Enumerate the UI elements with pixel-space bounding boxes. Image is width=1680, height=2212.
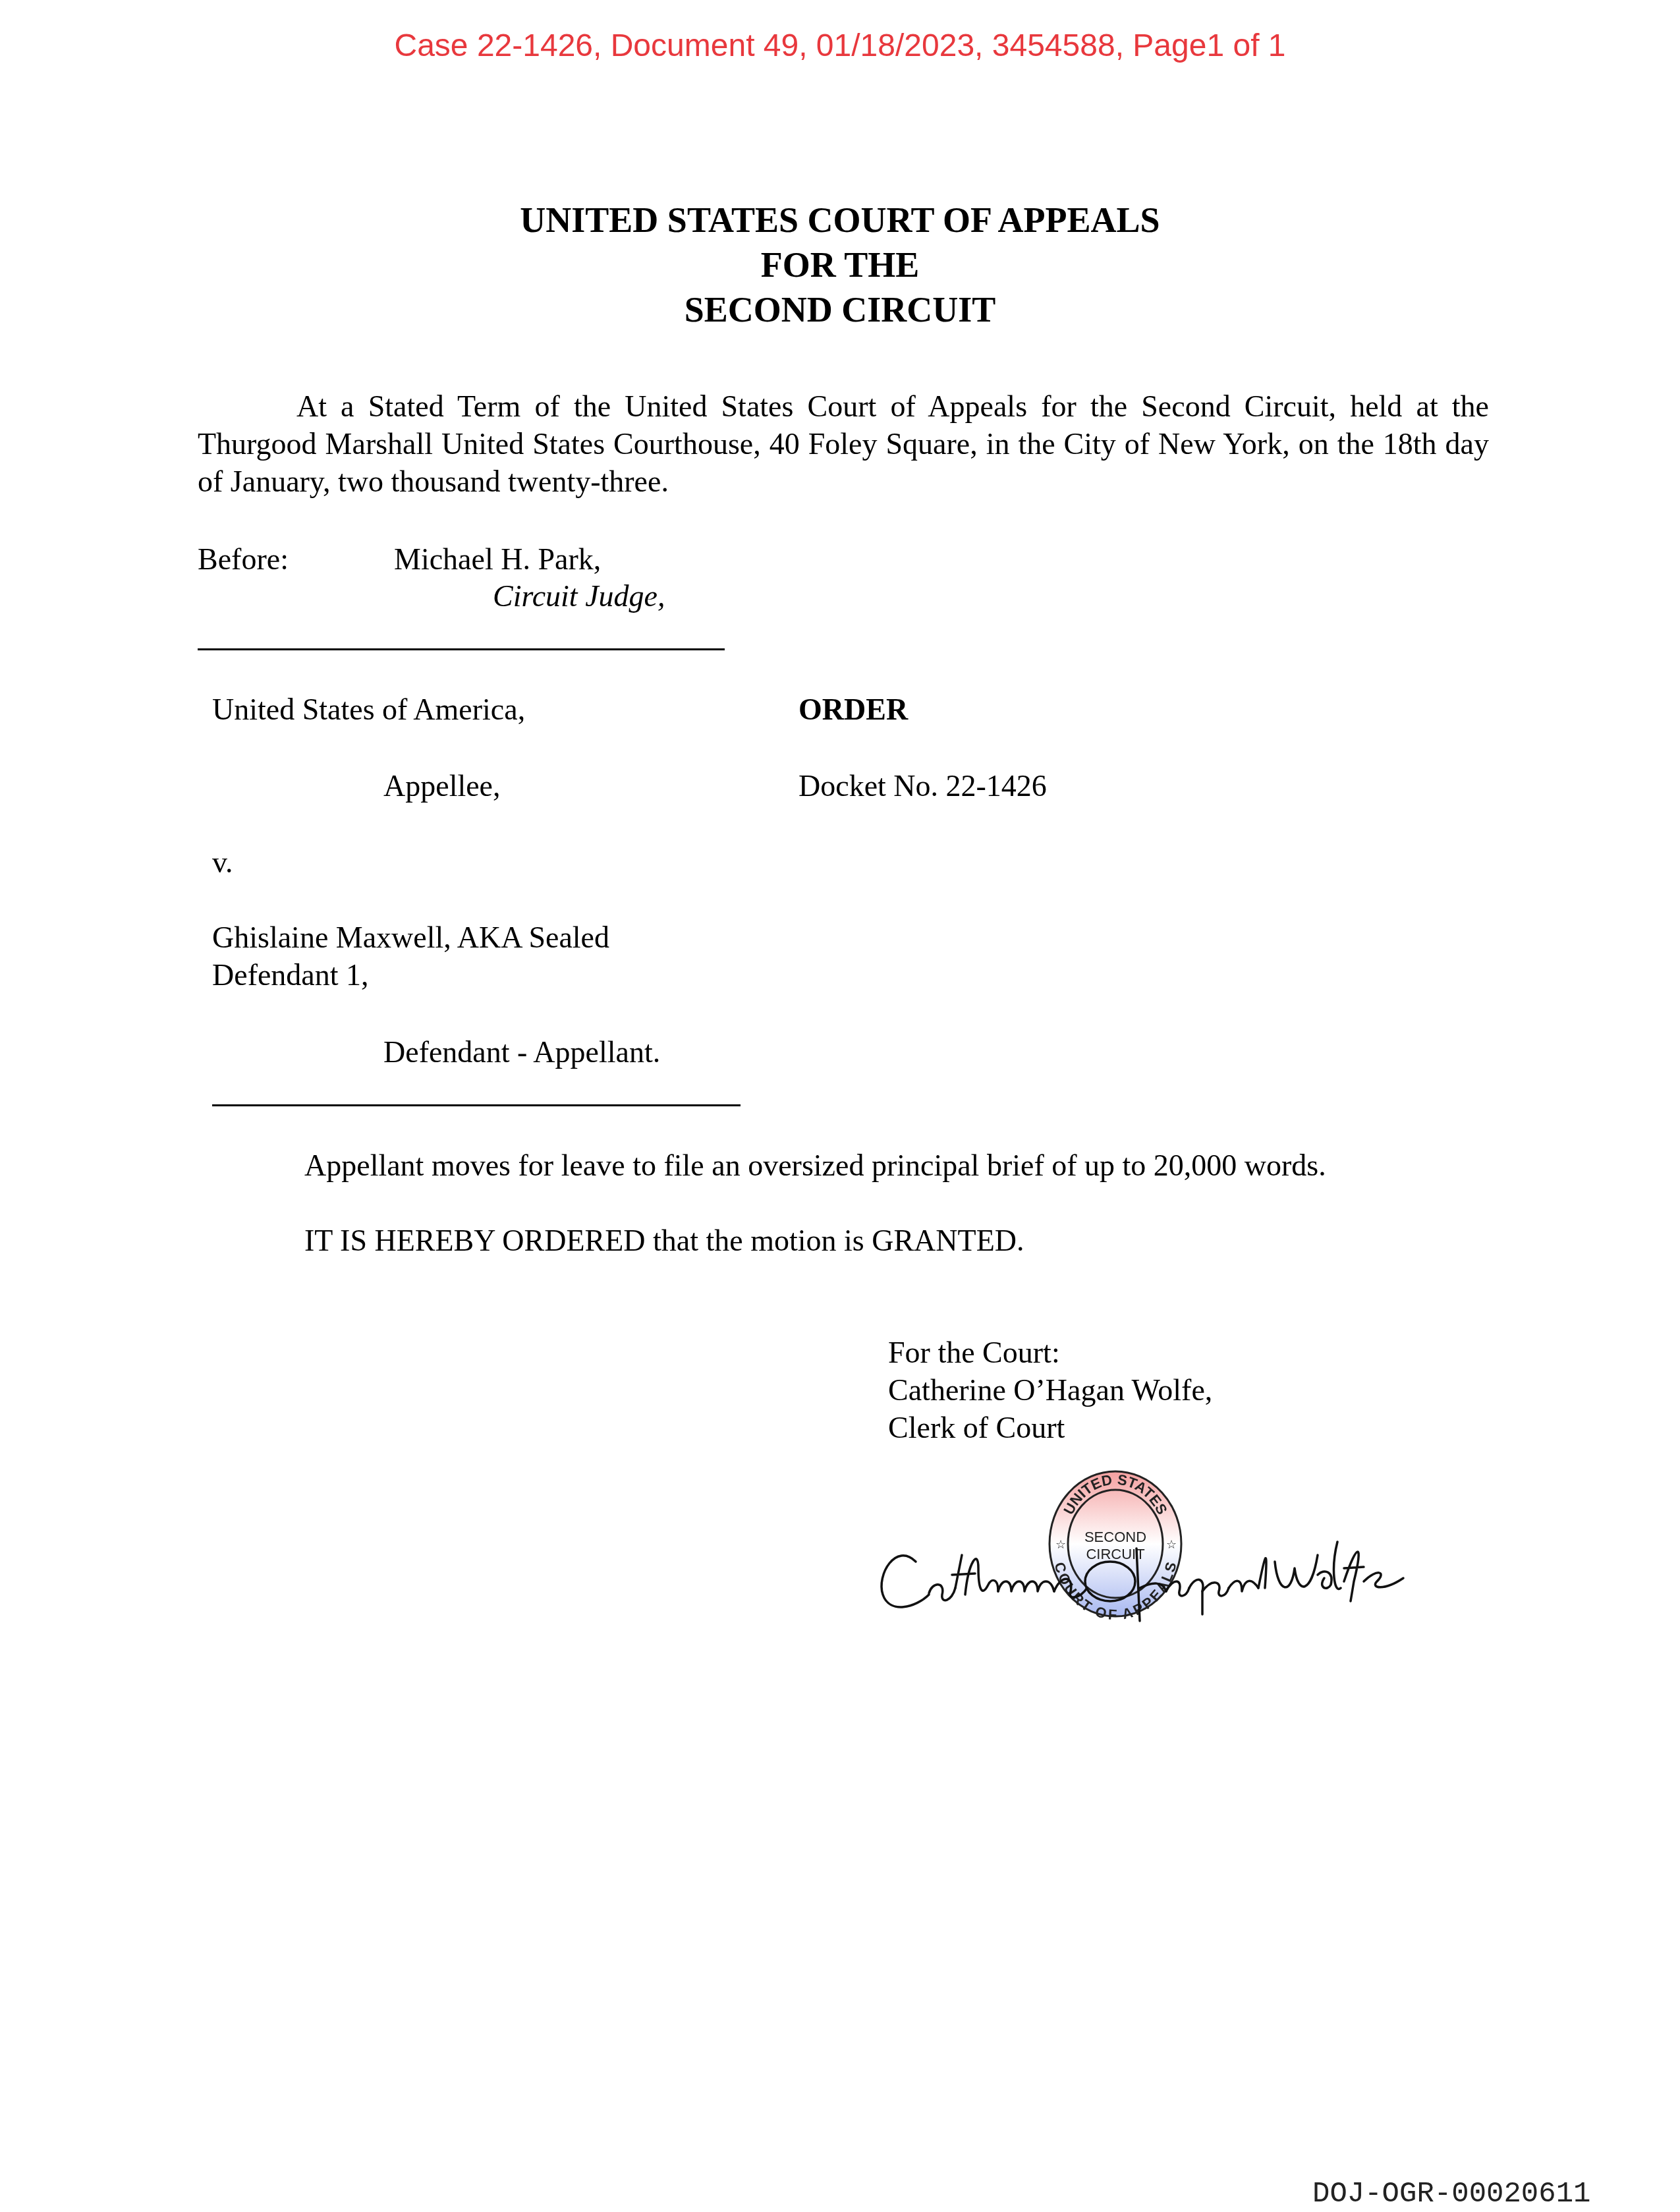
document-type-label: ORDER xyxy=(798,691,908,728)
court-title: UNITED STATES COURT OF APPEALS FOR THE S… xyxy=(0,198,1680,332)
judge-name: Michael H. Park, xyxy=(394,540,601,578)
party-appellant-name: Ghislaine Maxwell, AKA Sealed Defendant … xyxy=(212,919,713,994)
case-header-stamp: Case 22-1426, Document 49, 01/18/2023, 3… xyxy=(0,28,1680,64)
preamble-paragraph: At a Stated Term of the United States Co… xyxy=(198,387,1489,500)
clerk-signature-icon xyxy=(870,1516,1410,1628)
party-appellee-role: Appellee, xyxy=(383,767,501,805)
court-title-line-3: SECOND CIRCUIT xyxy=(0,287,1680,332)
before-label: Before: xyxy=(198,540,289,578)
versus-label: v. xyxy=(212,843,233,881)
clerk-title: Clerk of Court xyxy=(888,1409,1212,1446)
divider-rule xyxy=(212,1104,741,1106)
for-the-court-label: For the Court: xyxy=(888,1334,1212,1371)
bates-number: DOJ-OGR-00020611 xyxy=(1312,2178,1590,2211)
docket-number: Docket No. 22-1426 xyxy=(798,767,1047,805)
clerk-name: Catherine O’Hagan Wolfe, xyxy=(888,1371,1212,1409)
motion-text: Appellant moves for leave to file an ove… xyxy=(304,1147,1326,1184)
court-title-line-2: FOR THE xyxy=(0,242,1680,287)
party-appellee-name: United States of America, xyxy=(212,691,525,728)
signature-block: For the Court: Catherine O’Hagan Wolfe, … xyxy=(888,1334,1212,1446)
divider-rule xyxy=(198,648,725,650)
judge-title: Circuit Judge, xyxy=(493,577,665,615)
ruling-text: IT IS HEREBY ORDERED that the motion is … xyxy=(304,1222,1024,1259)
party-appellant-role: Defendant - Appellant. xyxy=(383,1033,660,1071)
court-title-line-1: UNITED STATES COURT OF APPEALS xyxy=(0,198,1680,242)
preamble-text: At a Stated Term of the United States Co… xyxy=(198,389,1489,498)
